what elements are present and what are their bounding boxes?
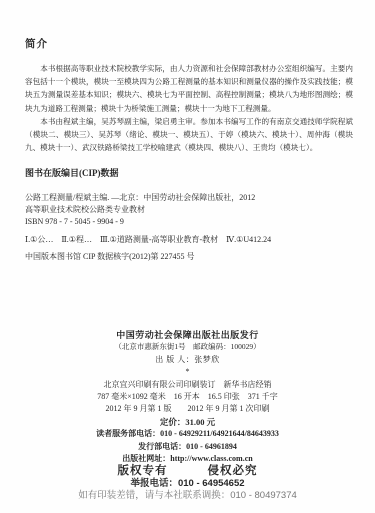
reader-service-phone: 读者服务部电话：010 - 64929211/64921644/84643933 bbox=[0, 428, 375, 440]
cip-record-number: 中国版本图书馆 CIP 数据核字(2012)第 227455 号 bbox=[25, 251, 357, 263]
price-line: 定价：31.00 元 bbox=[0, 416, 375, 428]
printer-line: 北京宜兴印刷有限公司印刷装订 新华书店经销 bbox=[0, 379, 375, 391]
cip-isbn: ISBN 978 - 7 - 5045 - 9904 - 9 bbox=[25, 216, 357, 228]
publisher-person: 出 版 人：张梦欣 bbox=[0, 354, 375, 366]
copyright-notice-right: 侵权必究 bbox=[208, 465, 258, 477]
publisher-website: 出版社网址：http://www.class.com.cn bbox=[0, 453, 375, 465]
format-line: 787 毫米×1092 毫米 16 开本 16.5 印张 371 千字 bbox=[0, 391, 375, 403]
separator-star: * bbox=[0, 366, 375, 378]
cip-title-statement: 公路工程测量/程斌主编. —北京：中国劳动社会保障出版社，2012 bbox=[25, 192, 357, 204]
cip-heading: 图书在版编目(CIP)数据 bbox=[25, 166, 357, 179]
distribution-phone: 发行部电话：010 - 64961894 bbox=[0, 441, 375, 453]
copyright-notice-left: 版权专有 bbox=[118, 465, 168, 477]
report-phone: 举报电话：010 - 64954652 bbox=[0, 478, 375, 490]
intro-heading: 简介 bbox=[25, 36, 353, 51]
edition-line: 2012 年 9 月第 1 版 2012 年 9 月第 1 次印刷 bbox=[0, 403, 375, 415]
cip-series: 高等职业技术院校公路类专业教材 bbox=[25, 204, 357, 216]
errata-notice: 如有印装差错，请与本社联系调换：010 - 80497374 bbox=[0, 490, 375, 502]
book-copyright-page: 简介 本书根据高等职业技术院校教学实际，由人力资源和社会保障部教材办公室组织编写… bbox=[0, 0, 375, 513]
cip-section: 图书在版编目(CIP)数据 公路工程测量/程斌主编. —北京：中国劳动社会保障出… bbox=[25, 166, 357, 263]
intro-paragraph-content: 本书根据高等职业技术院校教学实际，由人力资源和社会保障部教材办公室组织编写。主要… bbox=[25, 62, 353, 115]
cip-classification: Ⅰ.①公… Ⅱ.①程… Ⅲ.①道路测量-高等职业教育-教材 Ⅳ.①U412.24 bbox=[25, 234, 357, 246]
intro-section: 简介 本书根据高等职业技术院校教学实际，由人力资源和社会保障部教材办公室组织编写… bbox=[25, 36, 353, 154]
publisher-line: 中国劳动社会保障出版社出版发行 bbox=[0, 329, 375, 341]
colophon-section: 中国劳动社会保障出版社出版发行 （北京市惠新东街1号 邮政编码：100029） … bbox=[0, 329, 375, 503]
publisher-address: （北京市惠新东街1号 邮政编码：100029） bbox=[0, 341, 375, 353]
copyright-notice: 版权专有 侵权必究 bbox=[0, 465, 375, 477]
intro-paragraph-authors: 本书由程斌主编，吴苏琴副主编，梁启勇主审。参加本书编写工作的有南京交通技师学院程… bbox=[25, 115, 353, 155]
